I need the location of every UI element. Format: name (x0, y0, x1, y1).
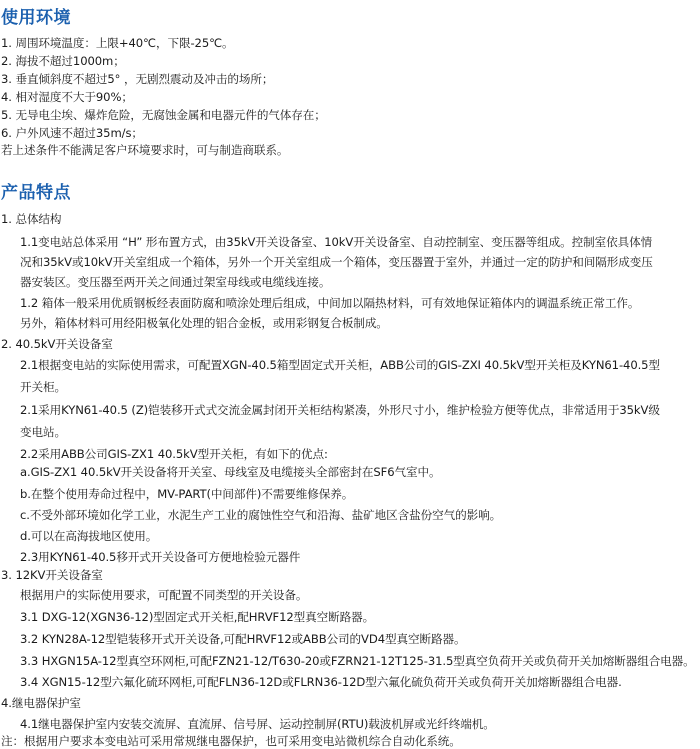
env-item-humidity: 4. 相对湿度不大于90%； (1, 90, 133, 105)
paragraph-line: 根据用户的实际使用要求，可配置不同类型的开关设备。 (20, 588, 307, 603)
feature-heading-40kv: 2. 40.5kV开关设备室 (1, 337, 113, 352)
advantage-item: a.GIS-ZX1 40.5kV开关设备将开关室、母线室及电缆接头全部密封在SF… (20, 465, 441, 480)
env-item-wind: 6. 户外风速不超过35m/s； (1, 126, 143, 141)
env-item-dust: 5. 无导电尘埃、爆炸危险，无腐蚀金属和电器元件的气体存在； (1, 108, 326, 123)
env-item-temperature: 1. 周围环境温度：上限+40℃，下限-25℃。 (1, 36, 234, 51)
advantage-item: d.可以在高海拔地区使用。 (20, 529, 157, 544)
paragraph-line: 另外，箱体材料可用经阳极氧化处理的铝合金板，或用彩钢复合板制成。 (20, 316, 388, 331)
env-item-tilt: 3. 垂直倾斜度不超过5° ，无剧烈震动及冲击的场所； (1, 72, 273, 87)
paragraph-line: 2.1根据变电站的实际使用需求，可配置XGN-40.5箱型固定式开关柜，ABB公… (20, 358, 660, 373)
switchgear-item: 3.1 DXG-12(XGN36-12)型固定式开关柜,配HRVF12型真空断路… (20, 610, 374, 625)
switchgear-item: 3.2 KYN28A-12型铠装移开式开关设备,可配HRVF12或ABB公司的V… (20, 632, 465, 647)
switchgear-item: 3.4 XGN15-12型六氟化硫环网柜,可配FLN36-12D或FLRN36-… (20, 675, 622, 690)
paragraph-line: 2.2采用ABB公司GIS-ZX1 40.5kV型开关柜，有如下的优点: (20, 447, 328, 462)
footnote: 注：根据用户要求本变电站可采用常规继电器保护，也可采用变电站微机综合自动化系统。 (1, 734, 461, 749)
paragraph-line: 2.1采用KYN61-40.5 (Z)铠装移开式式交流金属封闭开关柜结构紧凑，外… (20, 403, 660, 418)
paragraph-line: 1.2 箱体一般采用优质钢板经表面防腐和喷涂处理后组成，中间加以隔热材料，可有效… (20, 296, 639, 311)
feature-heading-relay: 4.继电器保护室 (1, 696, 81, 711)
env-contact-note: 若上述条件不能满足客户环境要求时，可与制造商联系。 (1, 143, 288, 158)
advantage-item: c.不受外部环境如化学工业，水泥生产工业的腐蚀性空气和沿海、盐矿地区含盐份空气的… (20, 508, 501, 523)
feature-heading-structure: 1. 总体结构 (1, 212, 61, 227)
section-title-environment: 使用环境 (1, 3, 71, 28)
paragraph-line: 1.1变电站总体采用 “H” 形布置方式，由35kV开关设备室、10kV开关设备… (20, 235, 652, 250)
paragraph-line: 4.1继电器保护室内安装交流屏、直流屏、信号屏、运动控制屏(RTU)载波机屏或光… (20, 717, 495, 732)
section-title-features: 产品特点 (1, 178, 71, 203)
paragraph-line: 器安装区。变压器至两开关之间通过架室母线或电缆线连接。 (20, 275, 330, 290)
feature-heading-12kv: 3. 12KV开关设备室 (1, 568, 103, 583)
switchgear-item: 3.3 HXGN15A-12型真空环网柜,可配FZN21-12/T630-20或… (20, 654, 695, 669)
env-item-altitude: 2. 海拔不超过1000m； (1, 54, 125, 69)
paragraph-line: 开关柜。 (20, 380, 66, 395)
advantage-item: b.在整个使用寿命过程中，MV-PART(中间部件)不需要维修保养。 (20, 487, 353, 502)
paragraph-line: 2.3用KYN61-40.5移开式开关设备可方便地检验元器件 (20, 550, 300, 565)
paragraph-line: 变电站。 (20, 425, 66, 440)
paragraph-line: 况和35kV或10kV开关室组成一个箱体，另外一个开关室组成一个箱体，变压器置于… (20, 255, 653, 270)
